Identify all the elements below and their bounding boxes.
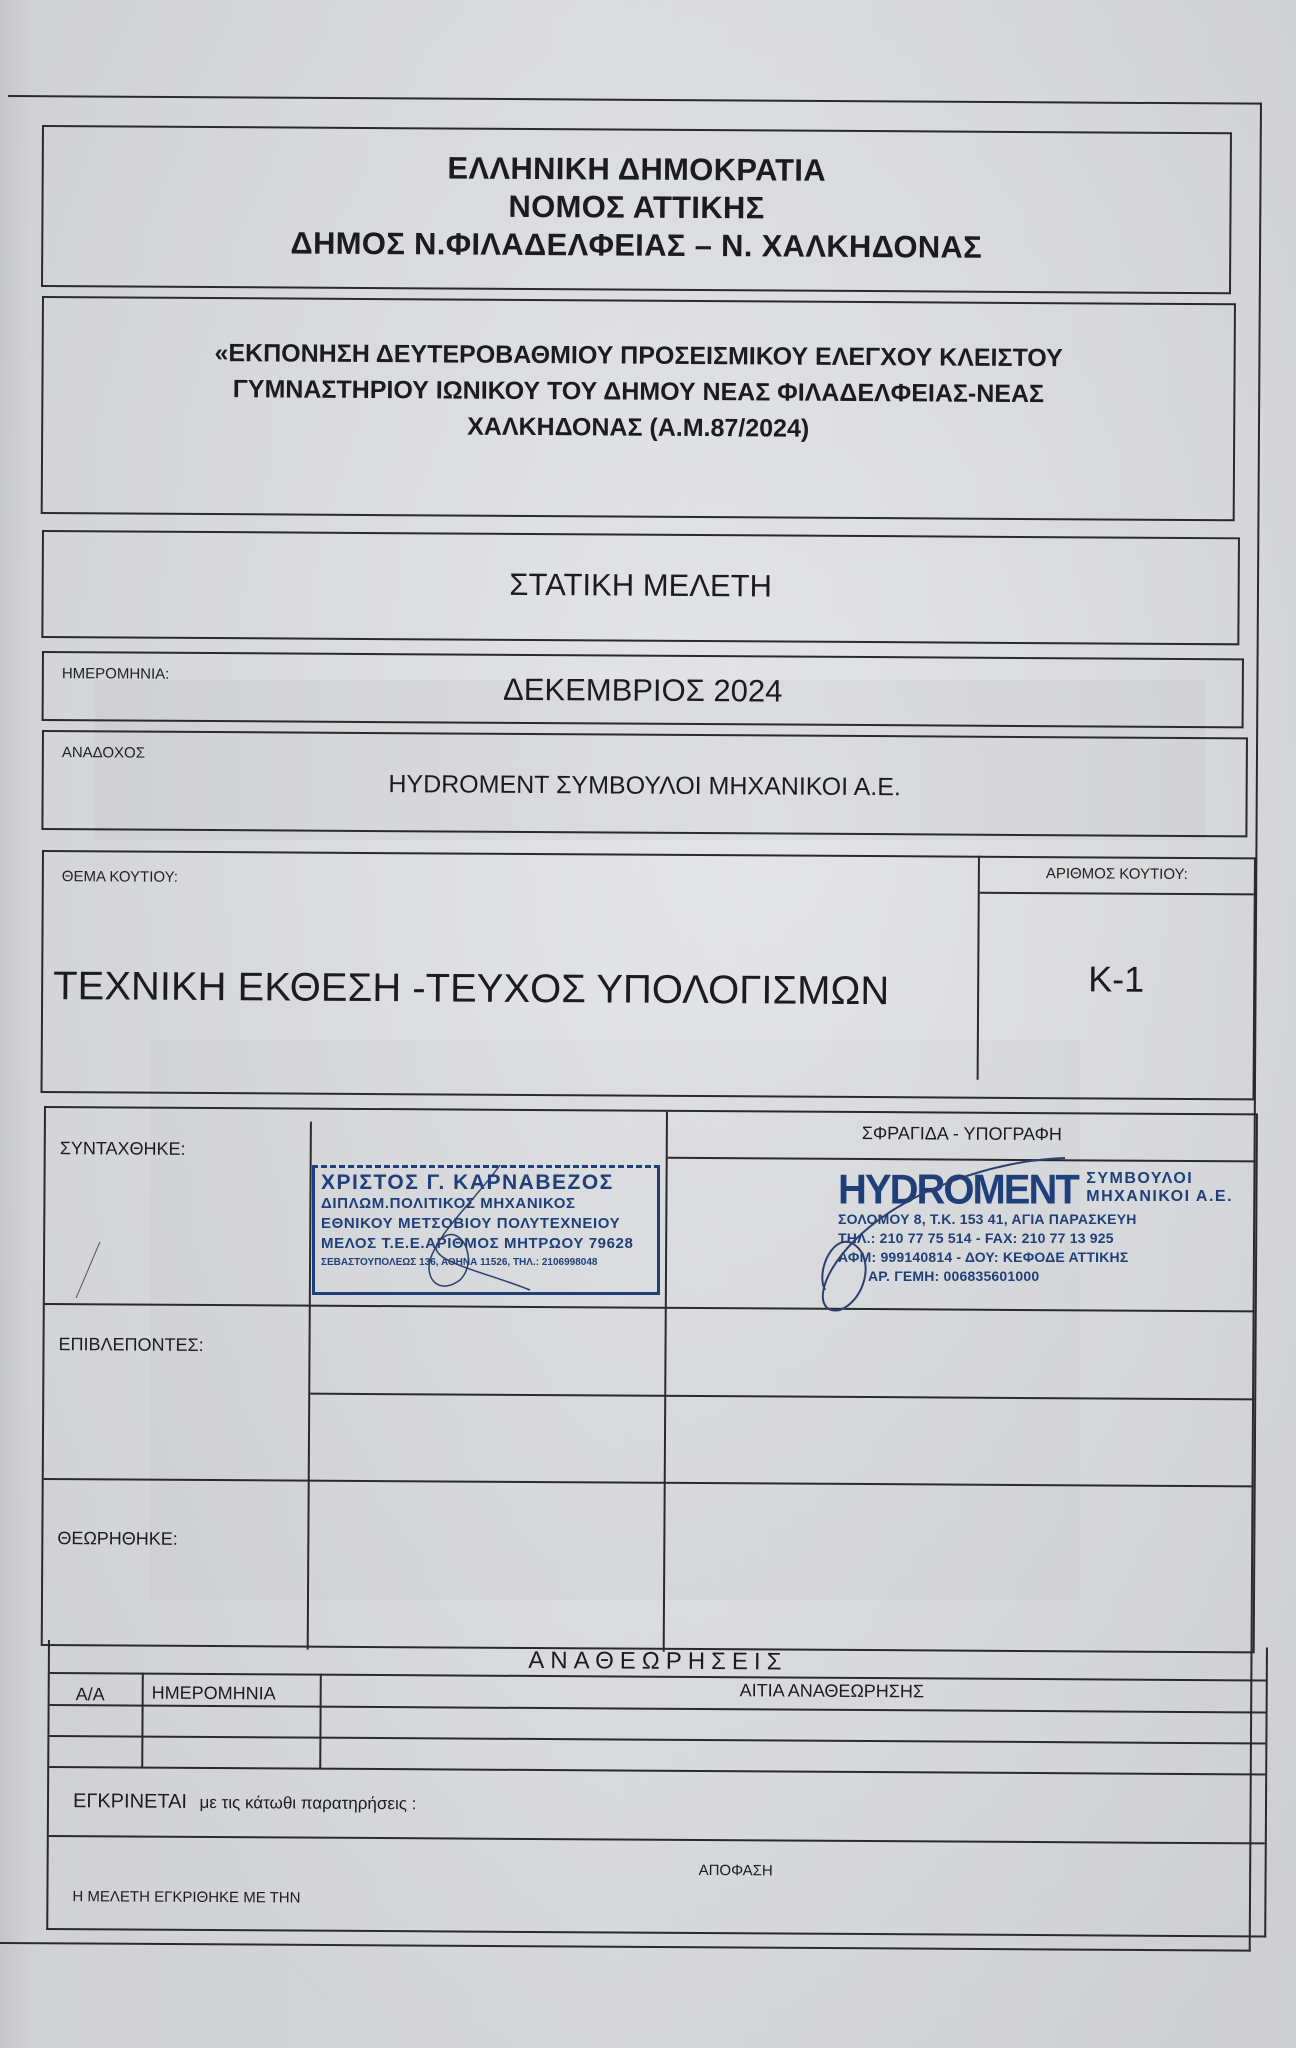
company-stamp-gemi: ΑΡ. ΓΕΜΗ: 006835601000 <box>838 1267 1158 1286</box>
grid-divider <box>663 1112 668 1652</box>
company-stamp-side-2: ΜΗΧΑΝΙΚΟΙ Α.Ε. <box>1086 1188 1233 1205</box>
engineer-stamp-registry: ΜΕΛΟΣ Τ.Ε.Ε.ΑΡΙΘΜΟΣ ΜΗΤΡΩΟΥ 79628 <box>321 1234 651 1254</box>
grid-divider <box>141 1673 144 1768</box>
row-label-supervisors: ΕΠΙΒΛΕΠΟΝΤΕΣ: <box>58 1334 203 1356</box>
grid-divider <box>310 1393 1254 1401</box>
authority-header-box: ΕΛΛΗΝΙΚΗ ΔΗΜΟΚΡΑΤΙΑ ΝΟΜΟΣ ΑΤΤΙΚΗΣ ΔΗΜΟΣ … <box>41 125 1232 294</box>
row-label-compiled: ΣΥΝΤΑΧΘΗΚΕ: <box>60 1138 186 1160</box>
header-municipality: ΔΗΜΟΣ Ν.ΦΙΛΑΔΕΛΦΕΙΑΣ – Ν. ΧΑΛΚΗΔΟΝΑΣ <box>43 223 1229 268</box>
decision-label: ΑΠΟΦΑΣΗ <box>699 1862 773 1879</box>
engineer-stamp-title: ΔΙΠΛΩΜ.ΠΟΛΙΤΙΚΟΣ ΜΗΧΑΝΙΚΟΣ <box>321 1194 651 1214</box>
engineer-stamp: ΧΡΙΣΤΟΣ Γ. ΚΑΡΝΑΒΕΖΟΣ ΔΙΠΛΩΜ.ΠΟΛΙΤΙΚΟΣ Μ… <box>312 1165 660 1295</box>
contractor-box: ΑΝΑΔΟΧΟΣ HYDROMENT ΣΥΜΒΟΥΛΟΙ ΜΗΧΑΝΙΚΟΙ Α… <box>41 730 1248 837</box>
row-label-reviewed: ΘΕΩΡΗΘΗΚΕ: <box>57 1528 178 1550</box>
grid-divider <box>45 1303 1255 1312</box>
approval-line: ΕΓΚΡΙΝΕΤΑΙ με τις κάτωθι παρατηρήσεις : <box>73 1790 417 1815</box>
study-type-box: ΣΤΑΤΙΚΗ ΜΕΛΕΤΗ <box>41 530 1240 645</box>
approved-label: ΕΓΚΡΙΝΕΤΑΙ <box>73 1790 187 1813</box>
box-subject-label: ΘΕΜΑ ΚΟΥΤΙΟΥ: <box>62 868 178 886</box>
date-box: ΗΜΕΡΟΜΗΝΙΑ: ΔΕΚΕΜΒΡΙΟΣ 2024 <box>42 651 1244 728</box>
grid-divider <box>50 1704 1266 1713</box>
box-subject-box: ΘΕΜΑ ΚΟΥΤΙΟΥ: ΤΕΧΝΙΚΗ ΕΚΘΕΣΗ -ΤΕΥΧΟΣ ΥΠΟ… <box>41 850 1256 1100</box>
table-row <box>49 1766 1265 1775</box>
grid-divider <box>49 1835 1265 1844</box>
revisions-col-reason: ΑΙΤΙΑ ΑΝΑΘΕΩΡΗΣΗΣ <box>740 1680 925 1702</box>
box-subject-value: ΤΕΧΝΙΚΗ ΕΚΘΕΣΗ -ΤΕΥΧΟΣ ΥΠΟΛΟΓΙΣΜΩΝ <box>53 964 889 1014</box>
revisions-table: ΑΝΑΘΕΩΡΗΣΕΙΣ Α/Α ΗΜΕΡΟΜΗΝΙΑ ΑΙΤΙΑ ΑΝΑΘΕΩ… <box>46 1640 1268 1937</box>
company-stamp-phone: ΤΗΛ.: 210 77 75 514 - FAX: 210 77 13 925 <box>838 1229 1158 1248</box>
approved-by-label: Η ΜΕΛΕΤΗ ΕΓΚΡΙΘΗΚΕ ΜΕ ΤΗΝ <box>72 1888 300 1906</box>
table-row <box>49 1735 1265 1744</box>
project-title-box: «ΕΚΠΟΝΗΣΗ ΔΕΥΤΕΡΟΒΑΘΜΙΟΥ ΠΡΟΣΕΙΣΜΙΚΟΥ ΕΛ… <box>41 296 1236 521</box>
engineer-stamp-school: ΕΘΝΙΚΟΥ ΜΕΤΣΟΒΙΟΥ ΠΟΛΥΤΕΧΝΕΙΟΥ <box>321 1214 651 1234</box>
company-stamp: HYDROMENT ΣΥΜΒΟΥΛΟΙ ΜΗΧΑΝΙΚΟΙ Α.Ε. ΣΟΛΟΜ… <box>838 1170 1158 1286</box>
engineer-stamp-name: ΧΡΙΣΤΟΣ Γ. ΚΑΡΝΑΒΕΖΟΣ <box>321 1172 651 1194</box>
box-number-cell: ΑΡΙΘΜΟΣ ΚΟΥΤΙΟΥ: Κ-1 <box>979 858 1254 1082</box>
engineer-stamp-address: ΣΕΒΑΣΤΟΥΠΟΛΕΩΣ 136, ΑΘΗΝΑ 11526, ΤΗΛ.: 2… <box>321 1254 651 1271</box>
approved-note: με τις κάτωθι παρατηρήσεις : <box>199 1793 416 1813</box>
box-number-value: Κ-1 <box>979 958 1253 1002</box>
grid-divider <box>319 1674 322 1769</box>
revisions-col-date: ΗΜΕΡΟΜΗΝΙΑ <box>152 1683 276 1705</box>
revisions-col-aa: Α/Α <box>76 1684 105 1705</box>
company-stamp-side-1: ΣΥΜΒΟΥΛΟΙ <box>1086 1170 1193 1187</box>
project-title-line-3: ΧΑΛΚΗΔΟΝΑΣ (Α.Μ.87/2024) <box>43 406 1233 449</box>
study-type: ΣΤΑΤΙΚΗ ΜΕΛΕΤΗ <box>44 564 1238 607</box>
date-value: ΔΕΚΕΜΒΡΙΟΣ 2024 <box>44 669 1242 712</box>
contractor-value: HYDROMENT ΣΥΜΒΟΥΛΟΙ ΜΗΧΑΝΙΚΟΙ Α.Ε. <box>44 768 1246 804</box>
box-number-label: ΑΡΙΘΜΟΣ ΚΟΥΤΙΟΥ: <box>1046 865 1188 883</box>
grid-divider <box>44 1478 1254 1487</box>
company-stamp-brand: HYDROMENT <box>838 1169 1078 1211</box>
contractor-label: ΑΝΑΔΟΧΟΣ <box>62 744 145 762</box>
company-stamp-tax: ΑΦΜ: 999140814 - ΔΟΥ: ΚΕΦΟΔΕ ΑΤΤΙΚΗΣ <box>838 1248 1158 1267</box>
project-title-line-1: «ΕΚΠΟΝΗΣΗ ΔΕΥΤΕΡΟΒΑΘΜΙΟΥ ΠΡΟΣΕΙΣΜΙΚΟΥ ΕΛ… <box>44 334 1234 377</box>
